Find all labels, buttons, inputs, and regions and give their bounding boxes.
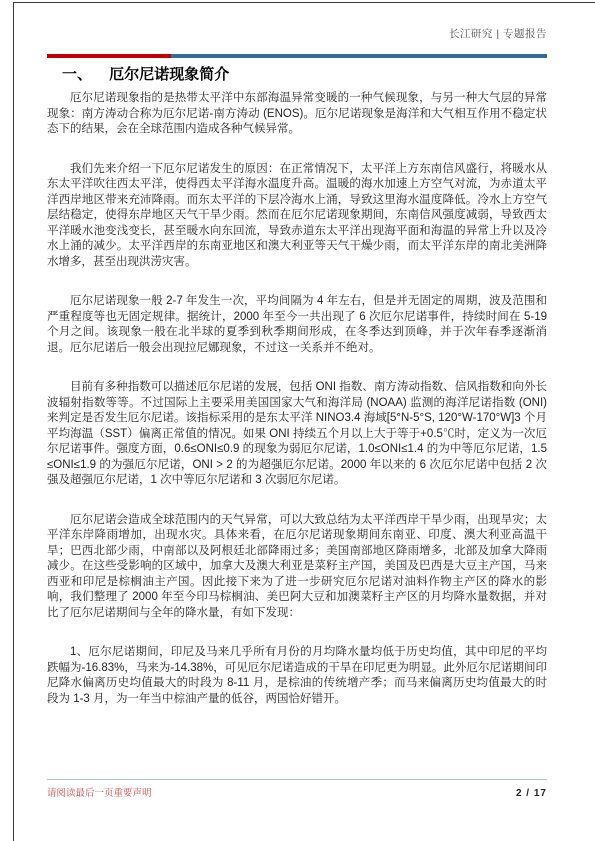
paragraph-oni-index: 目前有多种指数可以描述厄尔尼诺的发展，包括 ONI 指数、南方涛动指数、信风指数… — [47, 380, 547, 489]
page-number: 2 / 17 — [516, 788, 547, 799]
header-divider-blue-segment — [171, 54, 547, 58]
paragraph-frequency: 厄尔尼诺现象一般 2-7 年发生一次，平均间隔为 4 年左右，但是并无固定的周期… — [47, 294, 547, 356]
footer-disclaimer: 请阅读最后一页重要声明 — [47, 785, 152, 799]
paragraph-global-impact: 厄尔尼诺会造成全球范围内的天气异常，可以大致总结为太平洋西岸干旱少雨，出现旱灾；… — [47, 513, 547, 622]
running-header: 长江研究 | 专题报告 — [47, 0, 547, 41]
section-number: 一、 — [62, 66, 92, 83]
paragraph-intro: 厄尔尼诺现象指的是热带太平洋中东部海温异常变暖的一种气候现象，与另一种大气层的异… — [47, 91, 547, 138]
header-divider-red-segment — [47, 54, 171, 58]
paragraph-cause: 我们先来介绍一下厄尔尼诺发生的原因：在正常情况下，太平洋上方东南信风盛行，将暖水… — [47, 162, 547, 271]
header-divider — [47, 54, 547, 58]
page-content: 长江研究 | 专题报告 一、 厄尔尼诺现象简介 厄尔尼诺现象指的是热带太平洋中东… — [47, 0, 547, 731]
page-footer: 请阅读最后一页重要声明 2 / 17 — [47, 779, 547, 799]
section-heading: 一、 厄尔尼诺现象简介 — [47, 65, 547, 85]
section-title: 厄尔尼诺现象简介 — [109, 66, 229, 83]
paragraph-finding-1: 1、厄尔尼诺期间，印尼及马来几乎所有月份的月均降水量均低于历史均值，其中印尼的平… — [47, 645, 547, 707]
